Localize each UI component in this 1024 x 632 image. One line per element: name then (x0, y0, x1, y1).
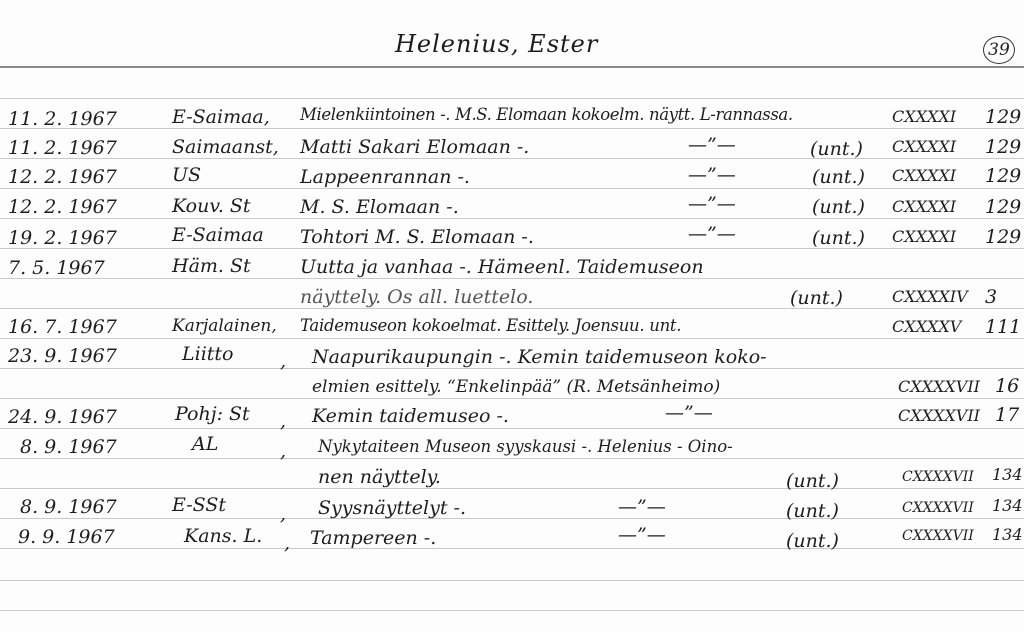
entry-text: M. S. Elomaan -. (300, 196, 459, 218)
entry-comma: , (280, 503, 286, 525)
entry-note: (unt.) (786, 500, 839, 522)
entry-source: Häm. St (172, 255, 251, 277)
entry-text-continued: nen näyttely. (318, 466, 441, 488)
entry-note: (unt.) (812, 166, 865, 188)
ruled-line (0, 488, 1024, 489)
entry-text: Tohtori M. S. Elomaan -. (300, 226, 534, 248)
ruled-line (0, 308, 1024, 309)
entry-date: 7. 5. 1967 (8, 257, 168, 279)
entry-source: Liitto (182, 343, 233, 365)
ruled-line (0, 428, 1024, 429)
ruled-line (0, 398, 1024, 399)
entry-source: E-Saimaa (172, 224, 264, 246)
ditto-mark: —”— (688, 134, 736, 156)
ruled-line (0, 580, 1024, 581)
entry-date: 9. 9. 1967 (18, 526, 178, 548)
entry-page: 129 (985, 196, 1021, 218)
entry-volume: CXXXXV (892, 316, 961, 338)
entry-text: Matti Sakari Elomaan -. (300, 136, 529, 158)
ruled-line (0, 338, 1024, 339)
ruled-line (0, 368, 1024, 369)
entry-text: Kemin taidemuseo -. (312, 405, 509, 427)
entry-text: Naapurikaupungin -. Kemin taidemuseon ko… (312, 346, 767, 368)
entry-date: 24. 9. 1967 (8, 406, 168, 428)
ruled-line (0, 548, 1024, 549)
entry-comma: , (280, 410, 286, 432)
entry-source: Saimaanst, (172, 136, 279, 158)
entry-note: (unt.) (786, 470, 839, 492)
entry-volume: CXXXXVII (898, 376, 980, 398)
entry-note: (unt.) (812, 196, 865, 218)
entry-volume: CXXXXI (892, 136, 956, 158)
entry-date: 16. 7. 1967 (8, 316, 168, 338)
entry-page: 3 (985, 286, 997, 308)
entry-page: 16 (995, 375, 1019, 397)
ruled-line (0, 188, 1024, 189)
entry-volume: CXXXXVII (902, 525, 974, 547)
entry-source: E-Saimaa, (172, 106, 270, 128)
entry-source: Pohj: St (175, 403, 250, 425)
entry-text: Syysnäyttelyt -. (318, 497, 466, 519)
entry-source: E-SSt (172, 494, 226, 516)
header-rule (0, 66, 1024, 68)
entry-text-continued: elmien esittely. “Enkelinpää” (R. Metsän… (312, 376, 720, 398)
entry-source: Kouv. St (172, 195, 251, 217)
entry-note: (unt.) (790, 287, 843, 309)
entry-page: 129 (985, 226, 1021, 248)
ditto-mark: —”— (665, 402, 713, 424)
index-card: Helenius, Ester 39 11. 2. 1967 E-Saimaa,… (0, 0, 1024, 632)
entry-comma: , (284, 532, 290, 554)
entry-page: 134 (992, 495, 1023, 517)
entry-source: AL (192, 433, 218, 455)
entry-note: (unt.) (786, 530, 839, 552)
entry-note: (unt.) (812, 227, 865, 249)
entry-text: Uutta ja vanhaa -. Hämeenl. Taidemuseon (300, 256, 704, 278)
ruled-line (0, 98, 1024, 99)
card-title: Helenius, Ester (395, 30, 598, 58)
entry-volume: CXXXXVII (902, 497, 974, 519)
ditto-mark: —”— (688, 164, 736, 186)
entry-page: 111 (985, 316, 1021, 338)
entry-comma: , (280, 350, 286, 372)
entry-comma: , (280, 440, 286, 462)
entry-date: 19. 2. 1967 (8, 227, 168, 249)
ruled-line (0, 610, 1024, 611)
entry-page: 129 (985, 106, 1021, 128)
entry-volume: CXXXXI (892, 106, 956, 128)
entry-text: Tampereen -. (310, 527, 436, 549)
ditto-mark: —”— (618, 524, 666, 546)
entry-date: 11. 2. 1967 (8, 137, 168, 159)
entry-volume: CXXXXIV (892, 286, 968, 308)
entry-volume: CXXXXI (892, 196, 956, 218)
entry-date: 12. 2. 1967 (8, 166, 168, 188)
entry-source: Kans. L. (184, 525, 262, 547)
entry-date: 8. 9. 1967 (20, 496, 180, 518)
entry-volume: CXXXXI (892, 226, 956, 248)
entry-text: Mielenkiintoinen -. M.S. Elomaan kokoelm… (300, 104, 793, 126)
entry-page: 129 (985, 165, 1021, 187)
entry-text: Lappeenrannan -. (300, 166, 470, 188)
ditto-mark: —”— (688, 193, 736, 215)
entry-page: 134 (992, 524, 1023, 546)
entry-volume: CXXXXVII (898, 405, 980, 427)
ditto-mark: —”— (688, 223, 736, 245)
entry-date: 12. 2. 1967 (8, 196, 168, 218)
ruled-line (0, 458, 1024, 459)
entry-source: Karjalainen, (172, 315, 277, 337)
entry-page: 129 (985, 136, 1021, 158)
entry-volume: CXXXXI (892, 165, 956, 187)
entry-text: Nykytaiteen Museon syyskausi -. Helenius… (318, 436, 733, 458)
entry-date: 23. 9. 1967 (8, 345, 168, 367)
entry-note: (unt.) (810, 138, 863, 160)
entry-volume: CXXXXVII (902, 466, 974, 488)
entry-date: 11. 2. 1967 (8, 108, 168, 130)
entry-text-continued: näyttely. Os all. luettelo. (300, 286, 533, 308)
entry-date: 8. 9. 1967 (20, 436, 180, 458)
card-number-circled: 39 (983, 36, 1015, 64)
entry-page: 134 (992, 464, 1023, 486)
ruled-line (0, 218, 1024, 219)
ruled-line (0, 518, 1024, 519)
entry-page: 17 (995, 404, 1019, 426)
entry-source: US (172, 164, 201, 186)
ditto-mark: —”— (618, 496, 666, 518)
entry-text: Taidemuseon kokoelmat. Esittely. Joensuu… (300, 315, 681, 337)
